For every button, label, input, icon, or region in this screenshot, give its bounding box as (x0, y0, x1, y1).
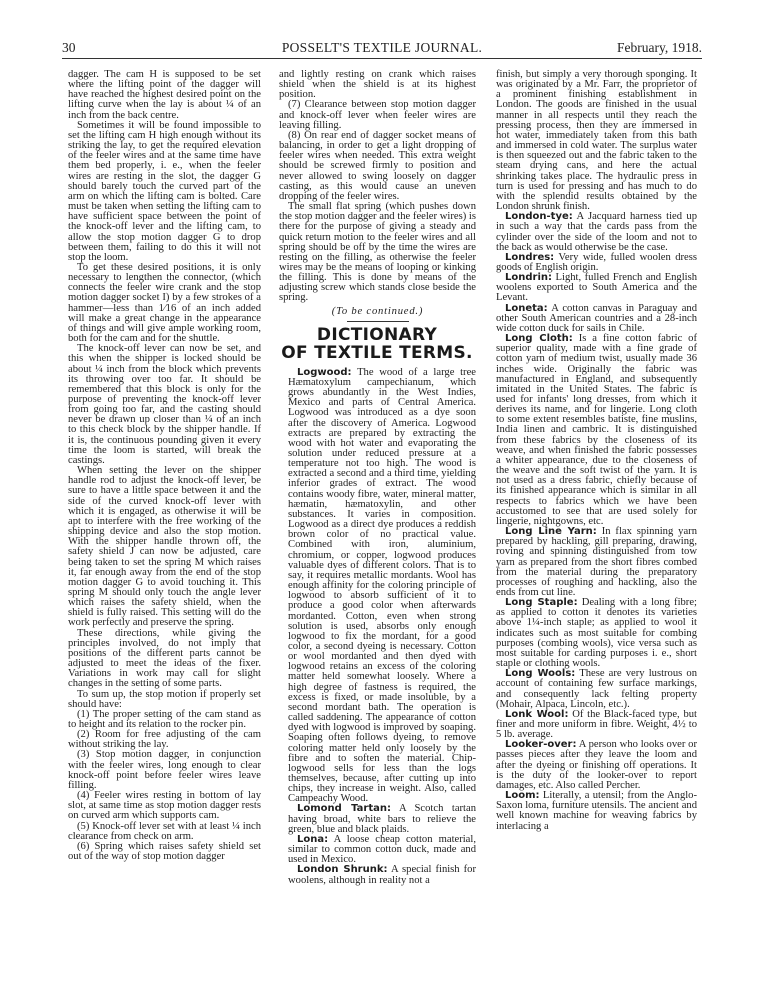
journal-title: POSSELT'S TEXTILE JOURNAL. (62, 40, 702, 56)
entry-definition: The wood of a large tree Hæmatoxylum cam… (288, 367, 476, 805)
page-header: 30 POSSELT'S TEXTILE JOURNAL. February, … (62, 40, 702, 60)
dictionary-entry: Londres: Very wide, fulled woolen dress … (487, 253, 697, 273)
list-item: (3) Stop motion dagger, in conjunction w… (68, 750, 261, 791)
header-rule (62, 58, 702, 59)
entry-definition: Dealing with a long fibre; as applied to… (496, 597, 697, 669)
column-1: dagger. The cam H is supposed to be set … (68, 70, 261, 862)
entry-continuation: finish, but simply a very thorough spong… (487, 70, 697, 212)
dictionary-entry: Lonk Wool: Of the Black-faced type, but … (487, 710, 697, 740)
column-3: finish, but simply a very thorough spong… (487, 70, 697, 832)
continued-note: (To be continued.) (279, 307, 476, 317)
list-item: (7) Clearance between stop motion dagger… (279, 100, 476, 130)
paragraph: The knock-off lever can now be set, and … (68, 344, 261, 466)
entry-definition: Is a fine cotton fabric of superior qual… (496, 333, 697, 527)
issue-date: February, 1918. (617, 40, 702, 56)
list-item: (4) Feeler wires resting in bottom of la… (68, 791, 261, 821)
dictionary-entry: Loneta: A cotton canvas in Paraguay and … (487, 304, 697, 334)
dictionary-entry: Long Line Yarn: In flax spinning yarn pr… (487, 527, 697, 598)
dictionary-title-line-1: DICTIONARY (271, 326, 483, 344)
entry-definition: In flax spinning yarn prepared by hackli… (496, 526, 697, 598)
dictionary-entry: Lomond Tartan: A Scotch tartan having br… (279, 804, 476, 834)
dictionary-title-line-2: OF TEXTILE TERMS. (271, 344, 483, 362)
dictionary-entry: Looker-over: A person who looks over or … (487, 740, 697, 791)
paragraph: When setting the lever on the shipper ha… (68, 466, 261, 629)
column-2: and lightly resting on crank which raise… (279, 70, 476, 886)
section-divider (347, 321, 409, 322)
dictionary-entry: Long Cloth: Is a fine cotton fabric of s… (487, 334, 697, 527)
dictionary-entry: London Shrunk: A special finish for wool… (279, 865, 476, 885)
list-item: (1) The proper setting of the cam stand … (68, 710, 261, 730)
dictionary-title: DICTIONARY OF TEXTILE TERMS. (271, 326, 483, 362)
dictionary-entry: Long Wools: These are very lustrous on a… (487, 669, 697, 710)
dictionary-entry: Londrin: Light, fulled French and Englis… (487, 273, 697, 303)
paragraph: To sum up, the stop motion if properly s… (68, 690, 261, 710)
list-item: (6) Spring which raises safety shield se… (68, 842, 261, 862)
list-item: (2) Room for free adjusting of the cam w… (68, 730, 261, 750)
paragraph: and lightly resting on crank which raise… (279, 70, 476, 100)
dictionary-entry: London-tye: A Jacquard harness tied up i… (487, 212, 697, 253)
list-item: (8) On rear end of dagger socket means o… (279, 131, 476, 202)
list-item: (5) Knock-off lever set with at least ¼ … (68, 822, 261, 842)
paragraph: These directions, while giving the princ… (68, 629, 261, 690)
dictionary-entry: Lona: A loose cheap cotton material, sim… (279, 835, 476, 865)
paragraph: dagger. The cam H is supposed to be set … (68, 70, 261, 121)
dictionary-entry: Logwood: The wood of a large tree Hæmato… (279, 368, 476, 805)
paragraph: To get these desired positions, it is on… (68, 263, 261, 344)
dictionary-entry: Long Staple: Dealing with a long fibre; … (487, 598, 697, 669)
paragraph: The small flat spring (which pushes down… (279, 202, 476, 304)
paragraph: Sometimes it will be found impossible to… (68, 121, 261, 263)
dictionary-entry: Loom: Literally, a utensil; from the Ang… (487, 791, 697, 832)
